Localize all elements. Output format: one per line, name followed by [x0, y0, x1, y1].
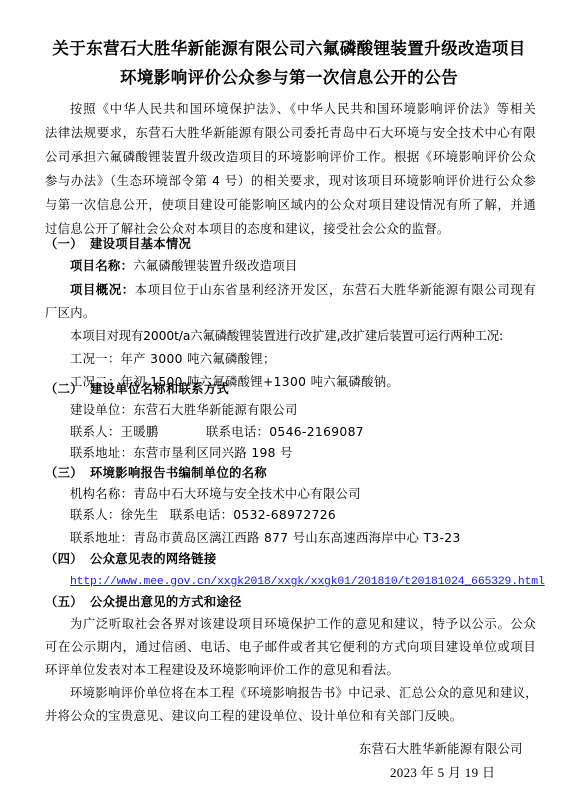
public-opinion-form-link-row: http://www.mee.gov.cn/xxgk2018/xxgk/xxgk…	[70, 572, 560, 590]
intro-line-6: 过信息公开了解社会公众对本项目的态度和建议，接受社会公众的监督。	[45, 221, 535, 237]
public-opinion-form-link[interactable]: http://www.mee.gov.cn/xxgk2018/xxgk/xxgk…	[70, 576, 545, 588]
expansion-description: 本项目对现有2000t/a六氟磷酸锂装置进行改扩建,改扩建后装置可运行两种工况:	[70, 328, 560, 344]
project-overview-row: 项目概况：本项目位于山东省垦利经济开发区，东营石大胜华新能源有限公司现有	[70, 282, 536, 298]
section-4-heading: （四）公众意见表的网络链接	[45, 551, 535, 567]
feedback-para2-line-2: 并将公众的宝贵意见、建议向工程的建设单位、设计单位和有关部门反映。	[45, 708, 535, 724]
section-3-title: 环境影响报告书编制单位的名称	[90, 465, 267, 480]
construction-address: 联系地址：东营市垦利区同兴路 198 号	[70, 445, 560, 461]
eia-contact-person: 联系人：徐先生	[70, 507, 170, 523]
section-5-number: （五）	[45, 594, 90, 610]
signature-date: 2023 年 5 月 19 日	[390, 762, 495, 781]
construction-unit: 建设单位：东营石大胜华新能源有限公司	[70, 402, 560, 418]
section-1-title: 建设项目基本情况	[90, 236, 191, 251]
page-title-line-1: 关于东营石大胜华新能源有限公司六氟磷酸锂装置升级改造项目	[0, 35, 578, 59]
section-2-title: 建设单位名称和联系方式	[90, 381, 229, 396]
section-2-heading: （二）建设单位名称和联系方式	[45, 381, 535, 397]
construction-contact-row: 联系人：王暖鹏联系电话：0546-2169087	[70, 424, 560, 440]
section-1-heading: （一）建设项目基本情况	[45, 236, 535, 252]
construction-contact-person: 联系人：王暖鹏	[70, 424, 206, 440]
intro-line-1: 按照《中华人民共和国环境保护法》、《中华人民共和国环境影响评价法》等相关	[70, 101, 536, 117]
intro-line-2: 法律法规要求，东营石大胜华新能源有限公司委托青岛中石大环境与安全技术中心有限	[45, 125, 536, 141]
eia-contact-phone: 联系电话：0532-68972726	[170, 508, 336, 522]
eia-contact-row: 联系人：徐先生联系电话：0532-68972726	[70, 507, 560, 523]
feedback-para1-line-1: 为广泛听取社会各界对该建设项目环境保护工作的意见和建议，特予以公示。公众	[70, 616, 536, 632]
page-title-line-2: 环境影响评价公众参与第一次信息公开的公告	[0, 64, 578, 88]
project-name-label: 项目名称：	[70, 258, 133, 273]
feedback-para1-line-3: 环评单位发表对本工程建设及环境影响评价工作的意见和看法。	[45, 662, 535, 678]
eia-address: 联系地址：青岛市黄岛区漓江西路 877 号山东高速西海岸中心 T3-23	[70, 530, 560, 546]
section-5-heading: （五）公众提出意见的方式和途径	[45, 594, 535, 610]
intro-line-3: 公司承担六氟磷酸锂装置升级改造项目的环境影响评价工作。根据《环境影响评价公众	[45, 149, 536, 165]
intro-line-4: 参与办法》（生态环境部令第 4 号）的相关要求，现对该项目环境影响评价进行公众参	[45, 173, 536, 189]
project-overview-label: 项目概况：	[70, 282, 135, 297]
operating-condition-1: 工况一：年产 3000 吨六氟磷酸锂；	[70, 351, 560, 367]
signature-company: 东营石大胜华新能源有限公司	[359, 739, 523, 757]
feedback-para2-line-1: 环境影响评价单位将在本工程《环境影响报告书》中记录、汇总公众的意见和建议，	[70, 685, 536, 701]
feedback-para1-line-2: 可在公示期内，通过信函、电话、电子邮件或者其它便利的方式向项目建设单位或项目	[45, 639, 536, 655]
intro-line-5: 与第一次信息公开，使项目建设可能影响区域内的公众对项目建设情况有所了解，并通	[45, 197, 536, 213]
announcement-page: 关于东营石大胜华新能源有限公司六氟磷酸锂装置升级改造项目 环境影响评价公众参与第…	[0, 0, 578, 804]
section-3-number: （三）	[45, 465, 90, 481]
project-overview-value: 本项目位于山东省垦利经济开发区，东营石大胜华新能源有限公司现有	[135, 283, 536, 297]
project-overview-line-2: 厂区内。	[45, 305, 535, 321]
section-4-number: （四）	[45, 551, 90, 567]
section-3-heading: （三）环境影响报告书编制单位的名称	[45, 465, 535, 481]
section-5-title: 公众提出意见的方式和途径	[90, 594, 242, 609]
construction-contact-phone: 联系电话：0546-2169087	[206, 425, 364, 439]
project-name-value: 六氟磷酸锂装置升级改造项目	[133, 259, 297, 273]
section-1-number: （一）	[45, 236, 90, 252]
eia-organization: 机构名称：青岛中石大环境与安全技术中心有限公司	[70, 486, 560, 502]
section-2-number: （二）	[45, 381, 90, 397]
section-4-title: 公众意见表的网络链接	[90, 551, 216, 566]
project-name-row: 项目名称：六氟磷酸锂装置升级改造项目	[70, 258, 560, 274]
